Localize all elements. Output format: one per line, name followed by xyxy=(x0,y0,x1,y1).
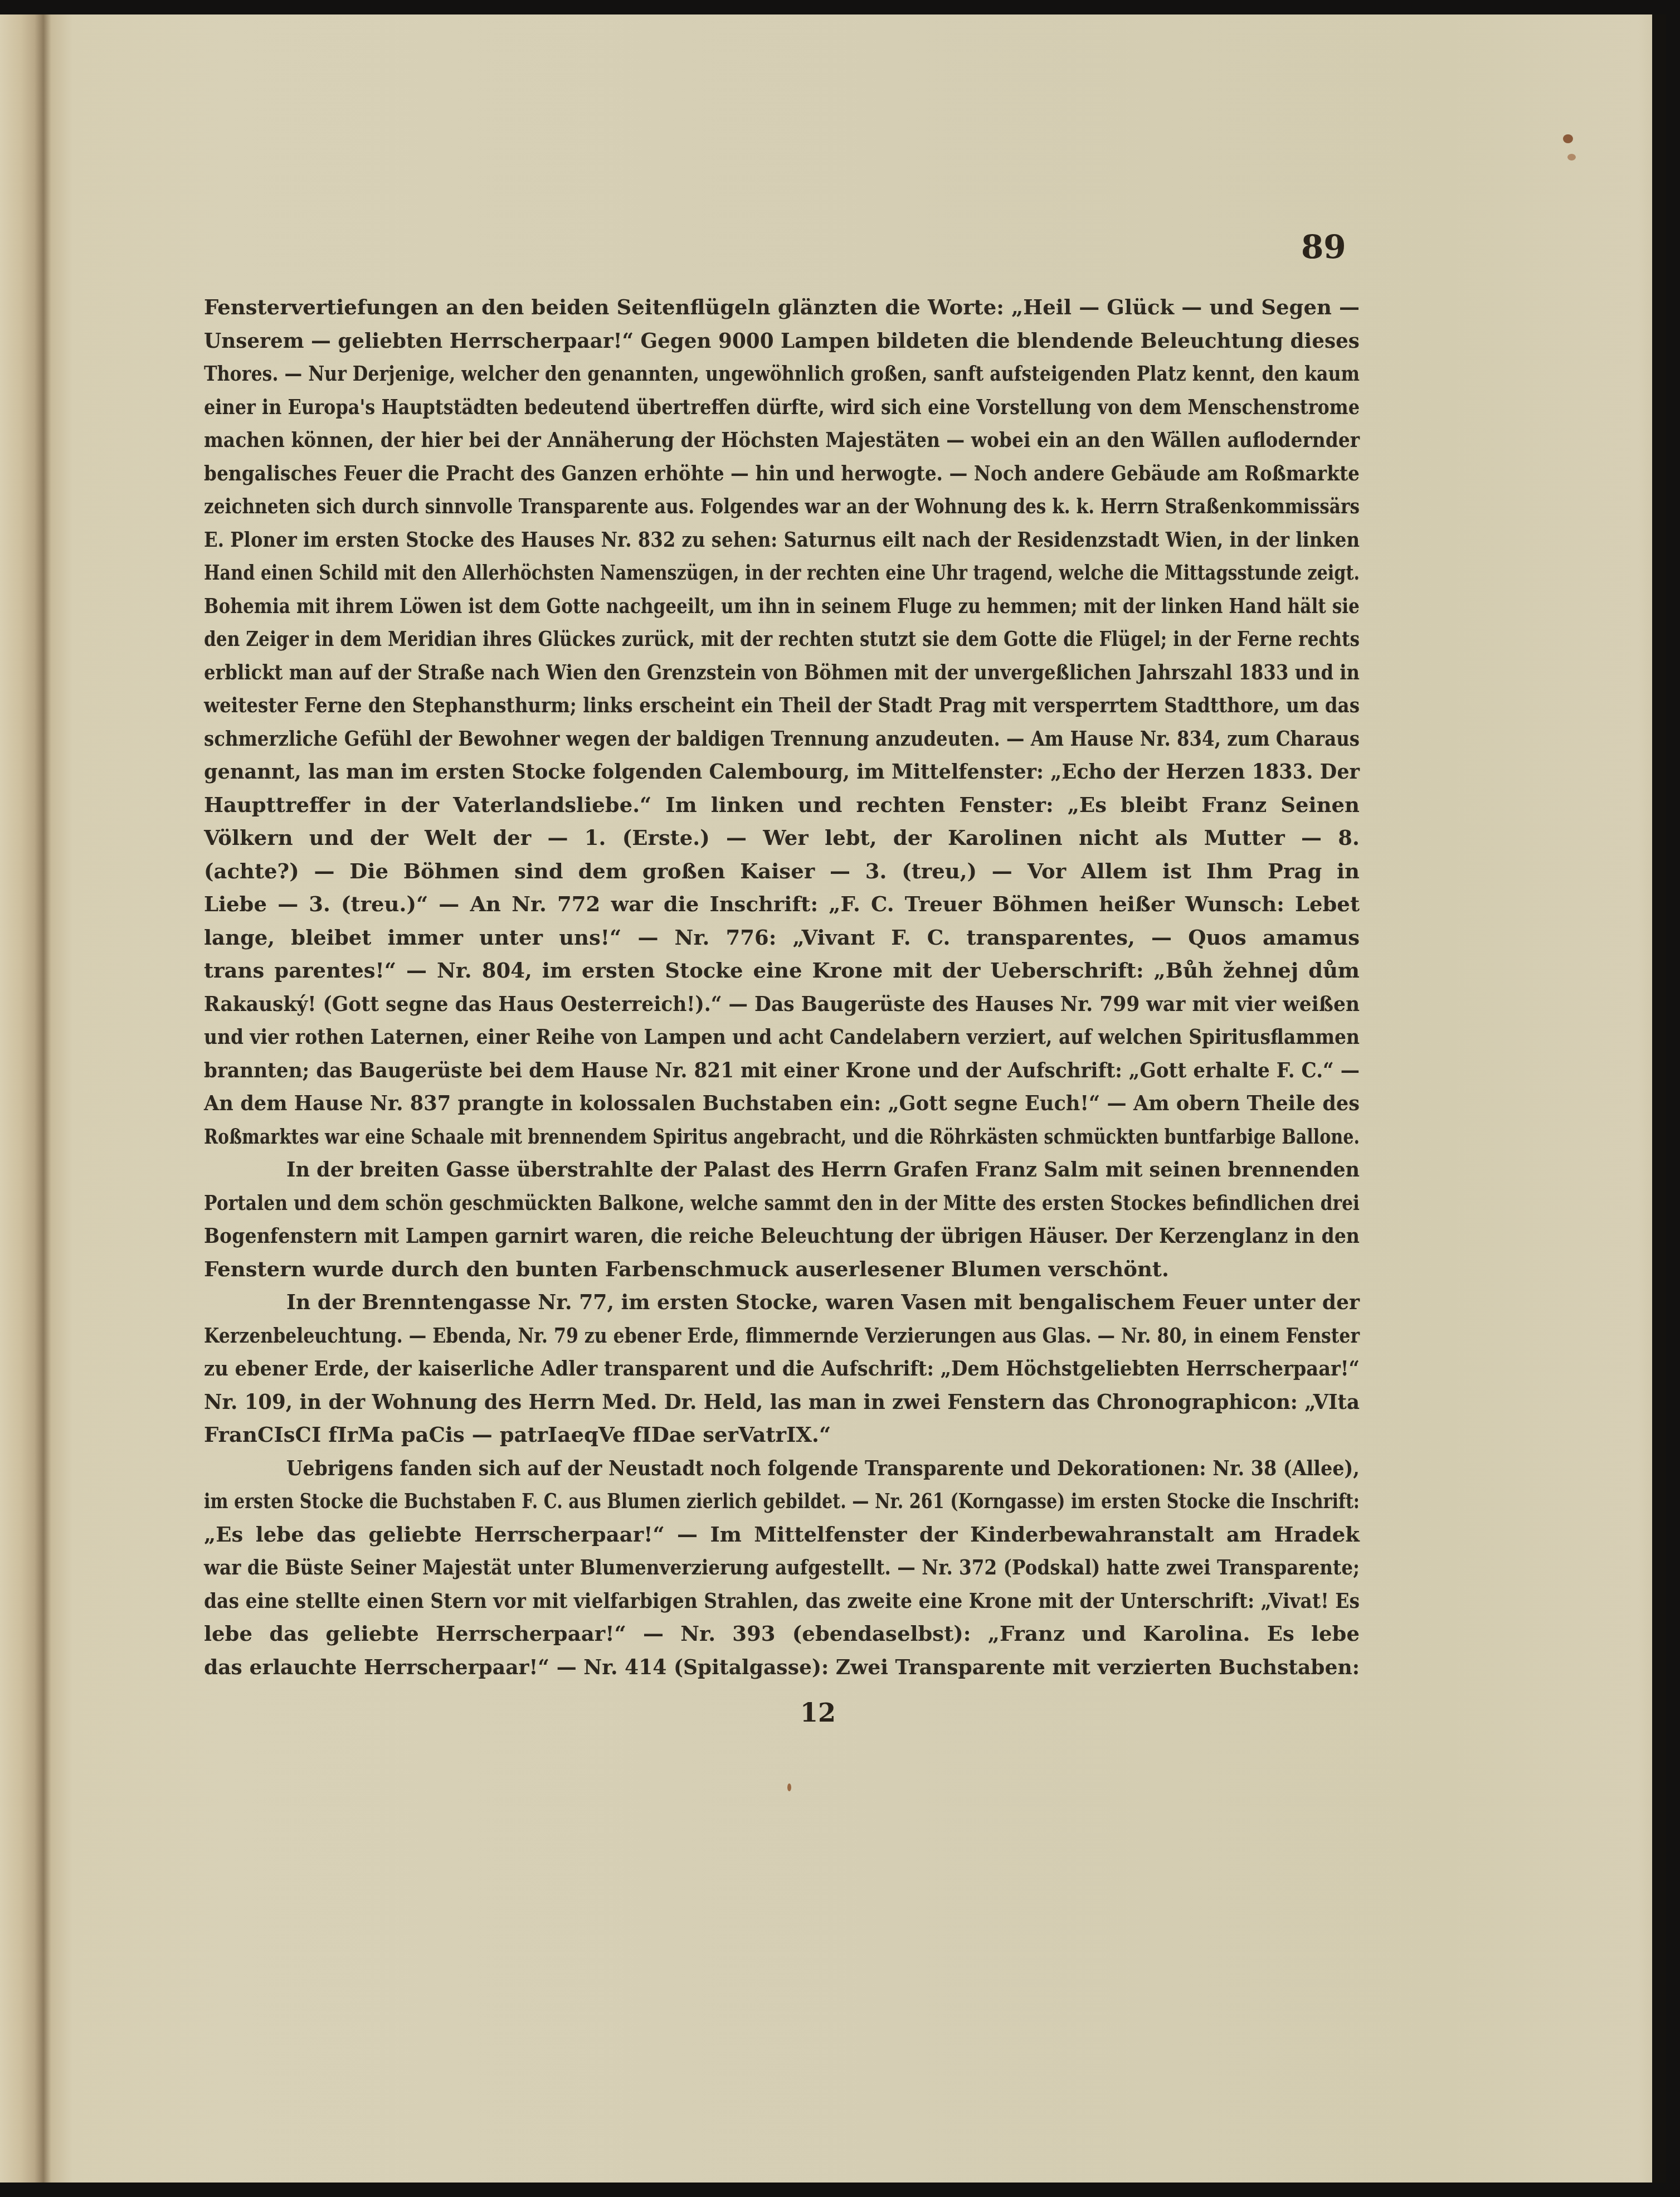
text-line: Kerzenbeleuchtung. — Ebenda, Nr. 79 zu e… xyxy=(204,1319,1360,1353)
text-line: zu ebener Erde, der kaiserliche Adler tr… xyxy=(204,1352,1360,1386)
text-line: „Es lebe das geliebte Herrscherpaar!“ — … xyxy=(204,1518,1360,1552)
text-line: bengalisches Feuer die Pracht des Ganzen… xyxy=(204,457,1360,490)
text-line: schmerzliche Gefühl der Bewohner wegen d… xyxy=(204,722,1360,756)
page-number: 89 xyxy=(1301,228,1346,266)
text-line: An dem Hause Nr. 837 prangte in kolossal… xyxy=(204,1087,1360,1120)
ink-stain-small xyxy=(787,1783,791,1791)
text-line: Uebrigens fanden sich auf der Neustadt n… xyxy=(204,1452,1360,1485)
text-line: brannten; das Baugerüste bei dem Hause N… xyxy=(204,1054,1360,1087)
text-line: genannt, las man im ersten Stocke folgen… xyxy=(204,755,1360,789)
text-line: Unserem — geliebten Herrscherpaar!“ Gege… xyxy=(204,324,1360,358)
text-line: Fenstern wurde durch den bunten Farbensc… xyxy=(204,1253,1360,1286)
text-line: Rakauský! (Gott segne das Haus Oesterrei… xyxy=(204,988,1360,1021)
text-line: FranCIsCI fIrMa paCis — patrIaeqVe fIDae… xyxy=(204,1418,1360,1452)
text-line: Hand einen Schild mit den Allerhöchsten … xyxy=(204,556,1360,590)
text-line: Fensterverti­efungen an den beiden Seite… xyxy=(204,291,1360,324)
ink-stain-light xyxy=(1567,154,1576,161)
text-line: Roßmarktes war eine Schaale mit brennend… xyxy=(204,1120,1360,1154)
text-line: das erlauchte Herrscherpaar!“ — Nr. 414 … xyxy=(204,1651,1360,1684)
text-line: Thores. — Nur Derjenige, welcher den gen… xyxy=(204,357,1360,391)
text-line: lange, bleibet immer unter uns!“ — Nr. 7… xyxy=(204,921,1360,955)
text-line: zeichneten sich durch sinnvolle Transpar… xyxy=(204,490,1360,523)
text-line: und vier rothen Laternen, einer Reihe vo… xyxy=(204,1020,1360,1054)
scanned-page: 89 Fensterverti­efungen an den beiden Se… xyxy=(0,14,1666,2183)
text-line: Liebe — 3. (treu.)“ — An Nr. 772 war die… xyxy=(204,888,1360,921)
text-line: das eine stellte einen Stern vor mit vie… xyxy=(204,1584,1360,1618)
text-line: Haupttreffer in der Vaterlandsliebe.“ Im… xyxy=(204,789,1360,822)
text-line: erblickt man auf der Straße nach Wien de… xyxy=(204,656,1360,689)
text-line: trans parentes!“ — Nr. 804, im ersten St… xyxy=(204,954,1360,988)
ink-stain-dark xyxy=(1563,134,1573,143)
text-line: machen können, der hier bei der Annäheru… xyxy=(204,424,1360,457)
text-line: lebe das geliebte Herrscherpaar!“ — Nr. … xyxy=(204,1617,1360,1651)
text-line: war die Büste Seiner Majestät unter Blum… xyxy=(204,1551,1360,1584)
text-line: im ersten Stocke die Buchstaben F. C. au… xyxy=(204,1485,1360,1518)
text-line: weitester Ferne den Stephansthurm; links… xyxy=(204,689,1360,722)
body-text: Fensterverti­efungen an den beiden Seite… xyxy=(204,291,1360,1684)
text-line: In der breiten Gasse überstrahlte der Pa… xyxy=(204,1153,1360,1187)
text-line: E. Ploner im ersten Stocke des Hauses Nr… xyxy=(204,523,1360,557)
text-line: Bogenfenstern mit Lampen garnirt waren, … xyxy=(204,1219,1360,1253)
book-binding-edge xyxy=(1652,14,1666,2183)
text-line: In der Brenntengasse Nr. 77, im ersten S… xyxy=(204,1286,1360,1319)
text-line: den Zeiger in dem Meridian ihres Glückes… xyxy=(204,623,1360,656)
text-line: (achte?) — Die Böhmen sind dem großen Ka… xyxy=(204,855,1360,888)
signature-mark: 12 xyxy=(800,1698,836,1728)
text-line: Nr. 109, in der Wohnung des Herrn Med. D… xyxy=(204,1386,1360,1419)
text-line: Bohemia mit ihrem Löwen ist dem Gotte na… xyxy=(204,590,1360,623)
text-line: einer in Europa's Hauptstädten bedeutend… xyxy=(204,391,1360,424)
text-line: Portalen und dem schön geschmückten Balk… xyxy=(204,1187,1360,1220)
text-line: Völkern und der Welt der — 1. (Erste.) —… xyxy=(204,822,1360,855)
